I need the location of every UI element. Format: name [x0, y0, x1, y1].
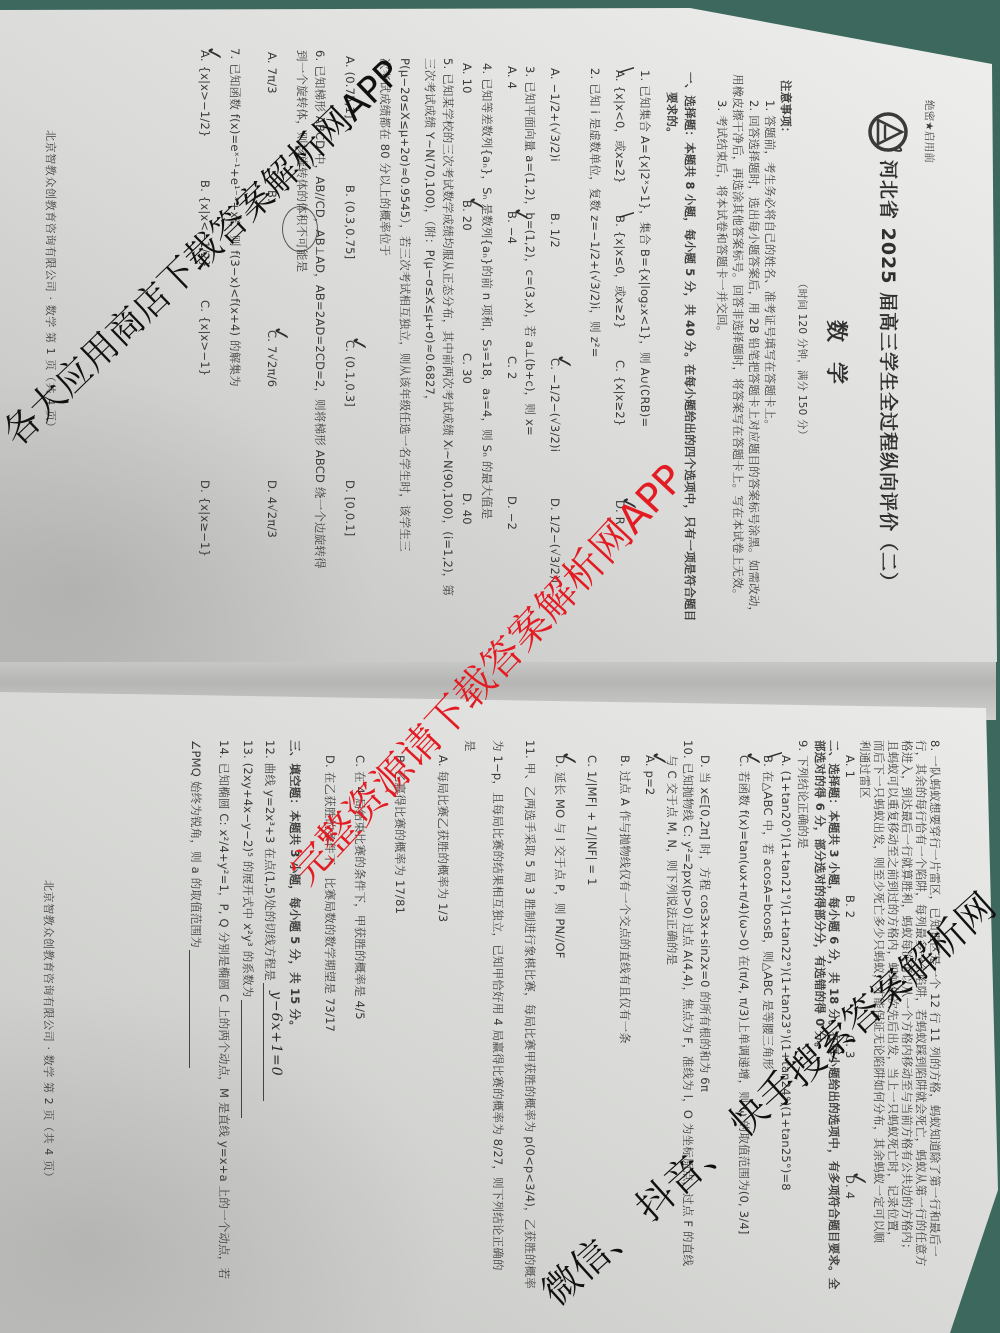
exam-duration-note: （时间 120 分钟，满分 150 分） [795, 278, 809, 440]
question-4-stem: 4. 已知等差数列{aₙ}，Sₙ 是数列{aₙ}的前 n 项和，S₃=18，a₃… [480, 63, 494, 519]
question-10-option-a: A. p=2 [643, 755, 657, 795]
answer-blank [189, 950, 203, 1068]
section-heading-fill-blank: 三、填空题：本题共 3 小题，每小题 5 分，共 15 分。 [288, 740, 302, 1032]
question-7-option-c: C. {x|x>−1} [198, 300, 212, 376]
question-1-option-c: C. {x|x≥2} [613, 360, 627, 426]
question-5-stem: 5. 已知某学校的三次考试数学成绩均服从正态分布，其中前两次考试成绩 Xᵢ~N(… [441, 58, 455, 596]
question-3-option-d: D. −2 [505, 496, 519, 530]
question-12: 12. 曲线 y=2x³+3 在点(1,5)处的切线方程是y−6x+1=0 [263, 740, 277, 1101]
subject-heading: 数学 [822, 320, 848, 404]
question-11-stem-cont: 是 [463, 740, 477, 752]
answer-blank [241, 1000, 255, 1118]
question-3-option-b: B. −4 [505, 211, 519, 244]
section-heading-choice-cont: 要求的。 [665, 92, 679, 139]
question-5-option-d: D. [0,0.1] [343, 480, 357, 536]
confidential-label: 绝密★启用前 [922, 100, 936, 163]
section-heading-multi-choice-cont: 部选对的得 6 分，部分选对的得部分分，有选错的得 0 分。 [813, 740, 827, 1054]
question-4-option-c: C. 30 [460, 353, 474, 384]
question-11-option-d: D. 在乙获胜的条件下，比赛局数的数学期望是 73/17 [323, 755, 337, 1032]
page-footer: 北京智教众创教育咨询有限公司 · 数学 第 2 页（共 4 页） [41, 880, 55, 1183]
question-13: 13. (2xy+4x−y−2)⁵ 的展开式中 x²y³ 的系数为 [241, 740, 255, 1118]
question-6-option-d: D. 4√2π/3 [265, 480, 279, 538]
question-9-option-b: B. 在△ABC 中，若 acosA=bcosB，则△ABC 是等腰三角形 [761, 755, 775, 1070]
handwritten-answer: y−6x+1=0 [269, 991, 283, 1077]
question-11-stem: 11. 甲、乙两选手采取 5 局 3 胜制进行象棋比赛，每局比赛甲获胜的概率为 … [523, 740, 537, 1289]
question-5-stem-cont: P(μ−2σ≤X≤μ+2σ)≈0.9545），若三次考试相互独立，则从该年级任选… [398, 58, 412, 552]
question-11-stem-cont: 为 1−p，且每局比赛的结果相互独立，已知甲恰好用 4 局赢得比赛的概率为 8/… [491, 740, 505, 1271]
question-1-stem: 1. 已知集合 A={x|2ˣ>1}，集合 B={x|log₂x<1}，则 A∪… [638, 70, 652, 427]
notice-heading: 注意事项： [779, 80, 793, 139]
exam-page-1: 绝密★启用前 河北省 2025 届高三学生全过程纵向评价（二） 数学 （时间 1… [20, 30, 990, 660]
question-2-option-a: A. −1/2+(√3/2)i [548, 68, 562, 162]
answer-blank: y−6x+1=0 [263, 983, 277, 1101]
question-8-stem-cont: 行，其余的每行恰有一个陷阱，每列最多一个陷阱，若蚂蚁踩到陷阱就会死亡，蚂蚁从第一… [914, 740, 928, 1267]
section-heading-choice: 一、选择题：本题共 8 小题，每小题 5 分，共 40 分。在每小题给出的四个选… [683, 72, 697, 621]
question-4-option-d: D. 40 [460, 493, 474, 525]
question-11-option-a: A. 每局比赛乙获胜的概率为 1/3 [436, 755, 450, 922]
question-1-option-b: B. {x|x≤0，或x≥2} [613, 215, 627, 329]
question-1-option-a: A. {x|x<0，或x≥2} [613, 70, 627, 184]
question-4-option-b: B. 20 [460, 200, 474, 231]
question-3-stem: 3. 已知平面向量 a=(1,2)，b=(1,2)，c=(3,x)，若 a⊥(b… [523, 66, 537, 436]
question-8-option-d: D. 4 [843, 1175, 857, 1199]
question-2-option-b: B. 1/2 [548, 213, 562, 248]
exam-logo-icon [866, 110, 910, 154]
question-13-stem: 13. (2xy+4x−y−2)⁵ 的展开式中 x²y³ 的系数为 [241, 740, 255, 998]
question-9-option-d: D. 当 x∈[0,2π] 时，方程 cos3x+sin2x=0 的所有根的和为… [698, 755, 712, 1092]
question-2-option-c: C. −1/2−(√3/2)i [548, 358, 562, 452]
question-3-option-c: C. 2 [505, 356, 519, 379]
question-12-stem: 12. 曲线 y=2x³+3 在点(1,5)处的切线方程是 [263, 740, 277, 981]
question-3-option-a: A. 4 [505, 66, 519, 89]
question-7-option-d: D. {x|x≥−1} [198, 480, 212, 557]
question-8-option-a: A. 1 [843, 755, 857, 778]
question-6-option-c: C. 7√2π/6 [265, 330, 279, 387]
question-5-stem-cont: 三次考试成绩 Y~N(70,100)，（附：P(μ−σ≤X≤μ+σ)≈0.682… [423, 58, 437, 407]
question-8-stem-cont: 利通过雷区 [858, 740, 872, 799]
question-7-option-a: A. {x|x>−1/2} [198, 50, 212, 137]
notice-item: 3. 考试结束后，将本试卷和答题卡一并交回。 [715, 100, 729, 338]
question-9-stem: 9. 下列结论正确的是 [796, 740, 810, 849]
notice-item: 2. 回答选择题时，选出每小题答案后，用 2B 铅笔把答题卡上对应题目的答案标号… [747, 100, 761, 618]
question-2-stem: 2. 已知 i 是虚数单位，复数 z=−1/2+(√3/2)i，则 z²= [588, 68, 602, 358]
question-14-stem-tail: ∠PMQ 始终为锐角，则 a 的取值范围为 [189, 740, 203, 948]
question-10-option-d: D. 延长 MO 与 l 交于点 P，则 PN//OF [553, 755, 567, 959]
notice-item: 用橡皮擦干净后，再选涂其他答案标号。回答非选择题时，将答案写在答题卡上。写在本试… [731, 74, 745, 601]
exam-title: 河北省 2025 届高三学生全过程纵向评价（二） [876, 160, 900, 592]
question-10-option-c: C. 1/|MF| + 1/|NF| = 1 [585, 755, 599, 886]
question-9-option-c: C. 若函数 f(x)=tan(ωx+π/4)(ω>0) 在(π/4, π/3)… [737, 755, 751, 1235]
question-10-stem-cont: 与 C 交于点 M, N，则下列说法正确的是 [665, 755, 679, 965]
question-8-stem: 8. 一队蚂蚁想要穿行一片雷区，已知雷区是一个 12 行 11 列的方格，蚂蚁知… [928, 740, 942, 1257]
question-6-option-a: A. 7π/3 [265, 52, 279, 94]
question-9-option-a: A. (1+tan20°)(1+tan21°)(1+tan22°)(1+tan2… [779, 755, 793, 1191]
notice-item: 1. 答题前，考生务必将自己的姓名、准考证号填写在答题卡上。 [763, 100, 777, 431]
question-4-option-a: A. 10 [460, 63, 474, 94]
question-5-option-c: C. (0.1,0.3] [343, 340, 357, 407]
question-14-stem-cont: ∠PMQ 始终为锐角，则 a 的取值范围为 [189, 740, 203, 1068]
question-8-option-b: B. 2 [843, 895, 857, 918]
question-5-option-b: B. (0.3,0.75] [343, 185, 357, 259]
question-10-option-b: B. 过点 A 作与抛物线仅有一个交点的直线有且仅有一条 [618, 755, 632, 1044]
question-14-stem: 14. 已知椭圆 C: x²/4+y²=1，P, Q 分别是椭圆 C 上的两个动… [217, 740, 231, 1279]
